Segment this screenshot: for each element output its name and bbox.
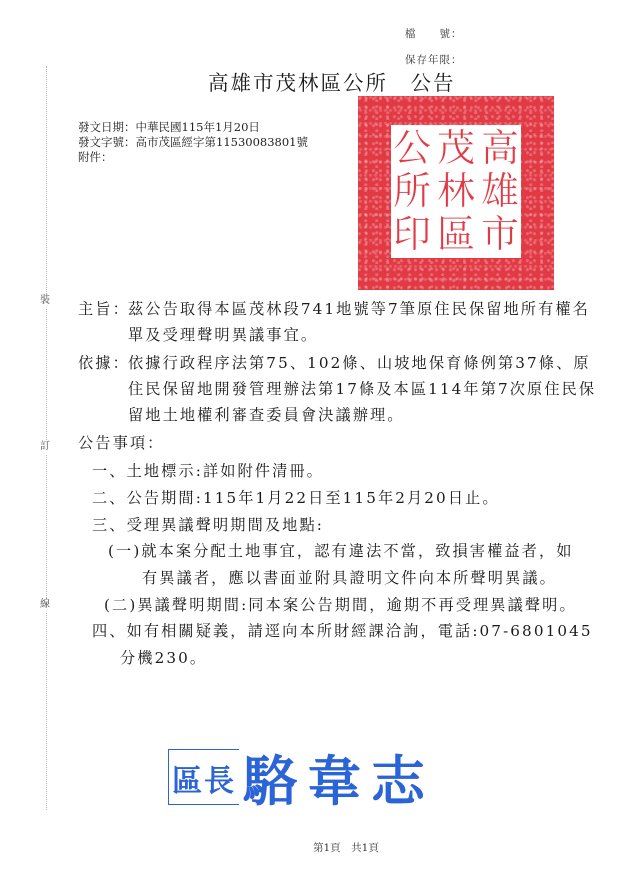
attachment-label: 附件：	[78, 150, 113, 165]
subject-line-1: 茲公告取得本區茂林段741地號等7筆原住民保留地所有權名	[128, 298, 590, 319]
binding-line	[46, 66, 47, 810]
item-4-line-2: 分機230。	[120, 647, 207, 668]
seal-char: 雄	[481, 170, 519, 213]
seal-char: 所	[393, 170, 431, 213]
basis-line-3: 留地土地權利審查委員會決議辦理。	[128, 404, 405, 425]
document-number-label: 發文字號：	[78, 135, 136, 149]
signature-stamp: 區長 駱韋志	[168, 744, 435, 810]
issue-date-value: 中華民國115年1月20日	[136, 120, 260, 134]
retention-period-label: 保存年限：	[405, 52, 463, 67]
seal-column-2: 茂 林 區	[435, 127, 477, 256]
item-3-sub-1-line-2: 有異議者，應以書面並附具證明文件向本所聲明異議。	[142, 567, 557, 588]
basis-line-2: 住民保留地開發管理辦法第17條及本區114年第7次原住民保	[128, 378, 596, 399]
file-number-label: 檔 號：	[405, 26, 463, 41]
binding-mark-xian: 線	[40, 598, 50, 612]
item-2-announcement-period: 二、公告期間:115年1月22日至115年2月20日止。	[92, 487, 500, 508]
document-number-value: 高市茂區經字第11530083801號	[136, 135, 308, 149]
page-title: 高雄市茂林區公所 公告	[208, 66, 456, 96]
official-seal: 高 雄 市 茂 林 區 公 所 印	[358, 96, 554, 290]
seal-column-3: 公 所 印	[391, 127, 433, 256]
binding-mark-zhuang: 裝	[40, 294, 50, 308]
subject-line-2: 單及受理聲明異議事宜。	[128, 324, 318, 345]
issue-date-row: 發文日期：中華民國115年1月20日	[78, 120, 260, 135]
seal-column-1: 高 雄 市	[479, 127, 521, 256]
seal-char: 區	[437, 213, 475, 256]
document-number-row: 發文字號：高市茂區經字第11530083801號	[78, 135, 308, 150]
page-number: 第1頁 共1頁	[313, 840, 379, 855]
item-3-sub-2: (二)異議聲明期間:同本案公告期間，逾期不再受理異議聲明。	[104, 594, 577, 615]
item-1-land-description: 一、土地標示:詳如附件清冊。	[92, 460, 324, 481]
basis-line-1: 依據行政程序法第75、102條、山坡地保育條例第37條、原	[128, 352, 591, 373]
item-4-line-1: 四、如有相關疑義，請逕向本所財經課洽詢，電話:07-6801045	[92, 620, 593, 641]
announcement-items-heading: 公告事項：	[78, 432, 164, 453]
item-3-sub-1-line-1: (一)就本案分配土地事宜，認有違法不當，致損害權益者，如	[108, 540, 574, 561]
item-3-objection-heading: 三、受理異議聲明期間及地點:	[92, 514, 324, 535]
issue-date-label: 發文日期：	[78, 120, 136, 134]
subject-label: 主旨：	[78, 298, 130, 319]
binding-mark-ding: 訂	[40, 440, 50, 454]
signature-title: 區長	[168, 749, 239, 805]
basis-label: 依據：	[78, 352, 130, 373]
seal-inner: 高 雄 市 茂 林 區 公 所 印	[391, 125, 521, 258]
seal-char: 茂	[437, 127, 475, 170]
seal-char: 市	[481, 213, 519, 256]
seal-char: 公	[393, 127, 431, 170]
seal-char: 印	[393, 213, 431, 256]
seal-char: 林	[437, 170, 475, 213]
signature-name: 駱韋志	[243, 739, 435, 816]
seal-char: 高	[481, 127, 519, 170]
